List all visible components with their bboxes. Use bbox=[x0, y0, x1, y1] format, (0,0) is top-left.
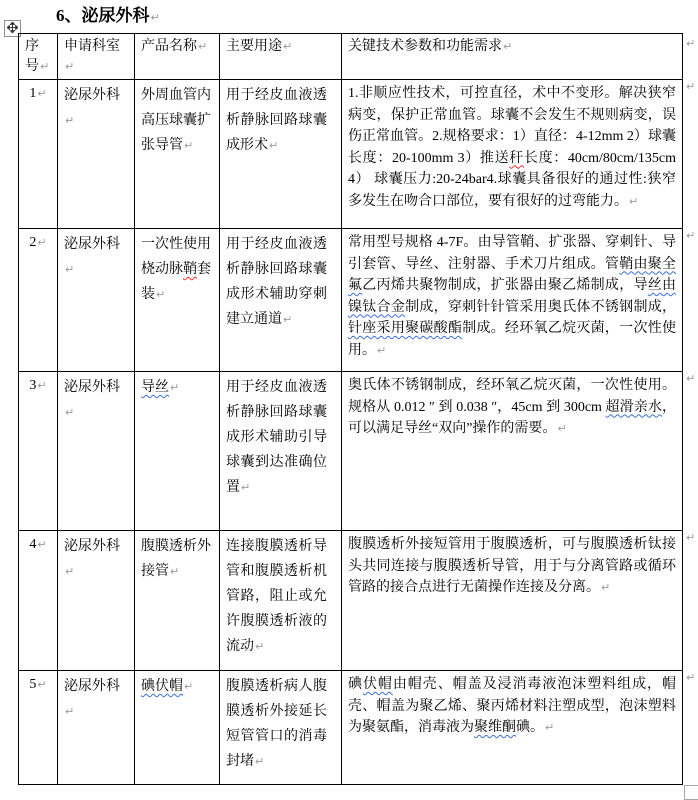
table-row: 2↵ 泌尿外科↵ 一次性使用桡动脉鞘套装↵ 用于经皮血液透析静脉回路球囊成形术辅… bbox=[19, 229, 683, 372]
product-name-cell[interactable]: 外周血管内高压球囊扩张导管↵ bbox=[135, 80, 220, 229]
paragraph-mark: ↵ bbox=[36, 538, 46, 551]
paragraph-mark: ↵ bbox=[64, 263, 74, 276]
text-run: 申请科室 bbox=[64, 39, 120, 54]
paragraph-mark: ↵ bbox=[254, 755, 264, 768]
paragraph-mark: ↵ bbox=[376, 344, 386, 357]
end-of-row-mark: ↵ bbox=[686, 372, 695, 385]
spellcheck-flagged-text: 鞘 bbox=[183, 262, 197, 277]
paragraph-mark: ↵ bbox=[268, 139, 278, 152]
end-of-row-mark: ↵ bbox=[686, 80, 695, 93]
main-use-cell[interactable]: 腹膜透析病人腹膜透析外接延长短管管口的消毒封堵↵ bbox=[220, 671, 342, 785]
paragraph-mark: ↵ bbox=[36, 678, 46, 691]
key-specs-cell[interactable]: 奥氏体不锈钢制成，经环氧乙烷灭菌，一次性使用。规格从 0.012 ″ 到 0.0… bbox=[342, 372, 683, 531]
key-specs-cell[interactable]: 1.非顺应性技术，可控直径，术中不变形。解决狭窄病变，保护正常血管。球囊不会发生… bbox=[342, 80, 683, 229]
serial-number-cell[interactable]: 2↵ bbox=[19, 229, 58, 372]
paragraph-mark: ↵ bbox=[544, 721, 554, 734]
product-name-cell[interactable]: 碘伏帽↵ bbox=[135, 671, 220, 785]
end-of-row-mark: ↵ bbox=[686, 671, 695, 684]
spellcheck-flagged-text: 秆 bbox=[509, 151, 524, 166]
department-cell[interactable]: 泌尿外科↵ bbox=[58, 80, 135, 229]
text-run: 碘 bbox=[348, 677, 363, 692]
end-of-row-mark: ↵ bbox=[686, 229, 695, 242]
table-resize-handle[interactable] bbox=[684, 785, 698, 800]
spellcheck-flagged-text: 导丝 bbox=[141, 380, 169, 395]
spellcheck-flagged-text: 针座采用聚碳酸酯 bbox=[348, 321, 462, 336]
table-row: 1↵ 泌尿外科↵ 外周血管内高压球囊扩张导管↵ 用于经皮血液透析静脉回路球囊成形… bbox=[19, 80, 683, 229]
serial-number-cell[interactable]: 4↵ bbox=[19, 531, 58, 671]
end-of-row-mark: ↵ bbox=[686, 37, 695, 50]
department-cell[interactable]: 泌尿外科↵ bbox=[58, 372, 135, 531]
department-cell[interactable]: 泌尿外科↵ bbox=[58, 671, 135, 785]
department-cell[interactable]: 泌尿外科↵ bbox=[58, 531, 135, 671]
text-run: 用于经皮血液透析静脉回路球囊成形术辅助引导球囊到达准确位置 bbox=[226, 380, 327, 495]
header-main-use[interactable]: 主要用途↵ bbox=[220, 34, 342, 80]
text-run: 6、泌尿外科 bbox=[56, 6, 150, 25]
paragraph-mark: ↵ bbox=[600, 581, 610, 594]
text-run: 主要用途 bbox=[226, 39, 282, 54]
text-run: 外周血管内高压球囊扩张导管 bbox=[141, 88, 211, 153]
header-row: 序号↵ 申请科室↵ 产品名称↵ 主要用途↵ 关键技术参数和功能需求↵ bbox=[19, 34, 683, 80]
text-run: 用于经皮血液透析静脉回路球囊成形术辅助穿刺建立通道 bbox=[226, 237, 327, 327]
text-run: 泌尿外科 bbox=[64, 237, 120, 252]
paragraph-mark: ↵ bbox=[64, 60, 74, 73]
product-name-cell[interactable]: 腹膜透析外接管↵ bbox=[135, 531, 220, 671]
text-run: 腹膜透析外接短管用于腹膜透析，可与腹膜透析钛接头共同连接与腹膜透析导管，用于与分… bbox=[348, 537, 676, 595]
paragraph-mark: ↵ bbox=[628, 195, 638, 208]
paragraph-mark: ↵ bbox=[64, 406, 74, 419]
paragraph-mark: ↵ bbox=[183, 139, 193, 152]
key-specs-cell[interactable]: 腹膜透析外接短管用于腹膜透析，可与腹膜透析钛接头共同连接与腹膜透析导管，用于与分… bbox=[342, 531, 683, 671]
paragraph-mark: ↵ bbox=[197, 40, 207, 53]
key-specs-cell[interactable]: 碘伏帽由帽壳、帽盖及浸消毒液泡沫塑料组成，帽壳、帽盖为聚乙烯、聚丙烯材料注塑成型… bbox=[342, 671, 683, 785]
paragraph-mark: ↵ bbox=[36, 379, 46, 392]
paragraph-mark: ↵ bbox=[39, 60, 49, 73]
paragraph-mark: ↵ bbox=[556, 422, 566, 435]
paragraph-mark: ↵ bbox=[240, 481, 250, 494]
text-run: 泌尿外科 bbox=[64, 88, 120, 103]
spellcheck-flagged-text: 聚维酮 bbox=[474, 720, 516, 735]
serial-number-cell[interactable]: 1↵ bbox=[19, 80, 58, 229]
header-department[interactable]: 申请科室↵ bbox=[58, 34, 135, 80]
header-key-specs[interactable]: 关键技术参数和功能需求↵ bbox=[342, 34, 683, 80]
text-run: 泌尿外科 bbox=[64, 679, 120, 694]
main-use-cell[interactable]: 用于经皮血液透析静脉回路球囊成形术↵ bbox=[220, 80, 342, 229]
table-row: 5↵ 泌尿外科↵ 碘伏帽↵ 腹膜透析病人腹膜透析外接延长短管管口的消毒封堵↵ 碘… bbox=[19, 671, 683, 785]
paragraph-mark: ↵ bbox=[64, 114, 74, 127]
end-of-row-mark: ↵ bbox=[686, 531, 695, 544]
table-row: 4↵ 泌尿外科↵ 腹膜透析外接管↵ 连接腹膜透析导管和腹膜透析机管路，阻止或允许… bbox=[19, 531, 683, 671]
text-run: 乙丙烯共聚物制成，扩张器由聚乙烯制成，导 bbox=[362, 278, 647, 293]
move-arrows-icon bbox=[7, 20, 18, 38]
paragraph-mark: ↵ bbox=[36, 236, 46, 249]
document-page: 6、泌尿外科↵ 序号↵ 申请科室↵ 产品名称↵ 主要用途↵ 关键技术参数和功能需… bbox=[0, 0, 698, 800]
paragraph-mark: ↵ bbox=[155, 288, 165, 301]
key-specs-cell[interactable]: 常用型号规格 4-7F。由导管鞘、扩张器、穿刺针、导引套管、导丝、注射器、手术刀… bbox=[342, 229, 683, 372]
paragraph-mark: ↵ bbox=[282, 313, 292, 326]
header-serial-number[interactable]: 序号↵ bbox=[19, 34, 58, 80]
paragraph-mark: ↵ bbox=[150, 11, 160, 24]
spellcheck-flagged-text: 超滑亲水 bbox=[606, 400, 662, 415]
paragraph-mark: ↵ bbox=[254, 640, 264, 653]
text-run: 连接腹膜透析导管和腹膜透析机管路，阻止或允许腹膜透析液的流动 bbox=[226, 539, 327, 654]
main-use-cell[interactable]: 连接腹膜透析导管和腹膜透析机管路，阻止或允许腹膜透析液的流动↵ bbox=[220, 531, 342, 671]
serial-number-cell[interactable]: 5↵ bbox=[19, 671, 58, 785]
text-run: 序号 bbox=[25, 39, 39, 74]
text-run: 制成，穿刺针针管采用奥氏体不锈钢制成， bbox=[405, 300, 676, 315]
paragraph-mark: ↵ bbox=[183, 680, 193, 693]
paragraph-mark: ↵ bbox=[169, 381, 179, 394]
paragraph-mark: ↵ bbox=[169, 565, 179, 578]
spellcheck-flagged-text: 碘伏帽 bbox=[141, 679, 183, 694]
product-name-cell[interactable]: 导丝↵ bbox=[135, 372, 220, 531]
device-spec-table: 序号↵ 申请科室↵ 产品名称↵ 主要用途↵ 关键技术参数和功能需求↵ 1↵ 泌尿… bbox=[18, 33, 683, 785]
paragraph-mark: ↵ bbox=[64, 705, 74, 718]
main-use-cell[interactable]: 用于经皮血液透析静脉回路球囊成形术辅助穿刺建立通道↵ bbox=[220, 229, 342, 372]
spellcheck-flagged-text: 伏帽 bbox=[363, 677, 393, 692]
paragraph-mark: ↵ bbox=[502, 40, 512, 53]
paragraph-mark: ↵ bbox=[64, 565, 74, 578]
product-name-cell[interactable]: 一次性使用桡动脉鞘套装↵ bbox=[135, 229, 220, 372]
text-run: 泌尿外科 bbox=[64, 380, 120, 395]
text-run: 碘。 bbox=[516, 720, 544, 735]
paragraph-mark: ↵ bbox=[282, 40, 292, 53]
serial-number-cell[interactable]: 3↵ bbox=[19, 372, 58, 531]
paragraph-mark: ↵ bbox=[36, 87, 46, 100]
section-title: 6、泌尿外科↵ bbox=[56, 4, 160, 30]
table-row: 3↵ 泌尿外科↵ 导丝↵ 用于经皮血液透析静脉回路球囊成形术辅助引导球囊到达准确… bbox=[19, 372, 683, 531]
text-run: 关键技术参数和功能需求 bbox=[348, 39, 502, 54]
text-run: 产品名称 bbox=[141, 39, 197, 54]
text-run: 腹膜透析病人腹膜透析外接延长短管管口的消毒封堵 bbox=[226, 679, 327, 769]
header-product-name[interactable]: 产品名称↵ bbox=[135, 34, 220, 80]
text-run: 泌尿外科 bbox=[64, 539, 120, 554]
department-cell[interactable]: 泌尿外科↵ bbox=[58, 229, 135, 372]
main-use-cell[interactable]: 用于经皮血液透析静脉回路球囊成形术辅助引导球囊到达准确位置↵ bbox=[220, 372, 342, 531]
